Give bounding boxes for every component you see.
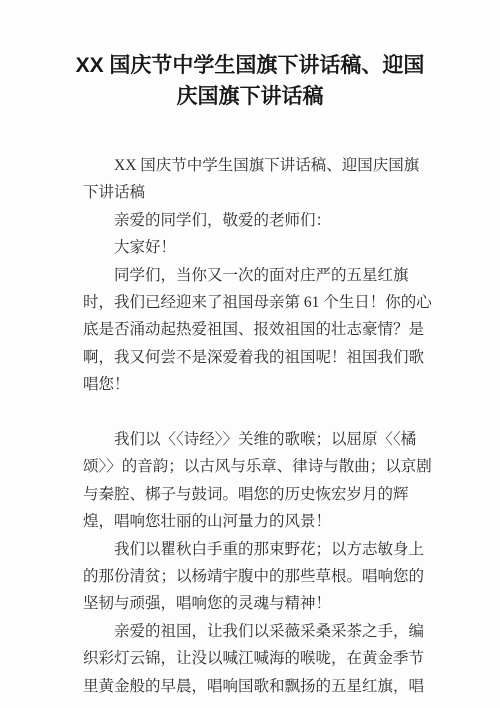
- document-body: XX 国庆节中学生国旗下讲话稿、迎国庆国旗下讲话稿 亲爱的同学们，敬爱的老师们：…: [83, 152, 432, 700]
- document-title: XX 国庆节中学生国旗下讲话稿、迎国 庆国旗下讲话稿: [55, 50, 445, 112]
- document-title-line-1: XX 国庆节中学生国旗下讲话稿、迎国: [55, 50, 445, 81]
- paragraph-ode-classics: 我们以〈〈诗经〉〉关维的歌喉；以屈原〈〈橘颂〉〉的音韵；以古风与乐章、律诗与散曲…: [83, 426, 432, 536]
- document-page: XX 国庆节中学生国旗下讲话稿、迎国 庆国旗下讲话稿 XX 国庆节中学生国旗下讲…: [0, 0, 500, 708]
- paragraph-subtitle: XX 国庆节中学生国旗下讲话稿、迎国庆国旗下讲话稿: [83, 152, 432, 207]
- paragraph-intro: 同学们，当你又一次的面对庄严的五星红旗时，我们已经迎来了祖国母亲第 61 个生日…: [83, 262, 432, 399]
- document-title-line-2: 庆国旗下讲话稿: [55, 81, 445, 112]
- paragraph-closing: 亲爱的祖国，让我们以采薇采桑采茶之手，编织彩灯云锦，让没以喊江喊海的喉咙，在黄金…: [83, 618, 432, 700]
- paragraph-greeting: 大家好！: [83, 234, 432, 261]
- paragraph-salutation: 亲爱的同学们，敬爱的老师们：: [83, 207, 432, 234]
- paragraph-ode-heroes: 我们以瞿秋白手重的那束野花；以方志敏身上的那份清贫；以杨靖宇腹中的那些草根。唱响…: [83, 536, 432, 618]
